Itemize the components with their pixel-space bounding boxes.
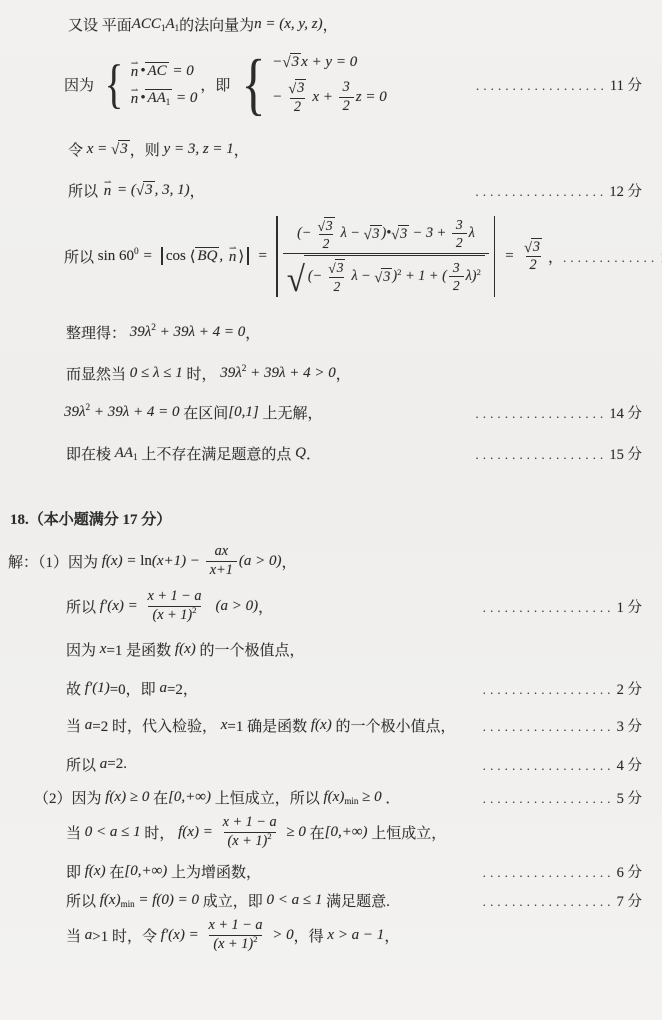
cjk-text: ， <box>384 925 399 946</box>
score-badge: 4 分 <box>617 754 642 775</box>
line-min-value-holds-content: 所以 f(x)min = f(0) = 0 成立，即 0 < a ≤ 1 满足题… <box>66 890 390 911</box>
math-text: 2 <box>456 235 463 250</box>
cjk-text: 所以 <box>66 596 100 617</box>
line-equation-systems-content: 因为 {⇀n•AC = 0⇀n•AA1 = 0，即 {−√3x + y = 0−… <box>64 53 390 117</box>
score-block: ..................7 分 <box>483 890 642 911</box>
score-badge: 2 分 <box>617 678 642 699</box>
math-text: ≥ 0 <box>283 824 306 841</box>
math-text: (− <box>308 268 322 284</box>
radical-sign-icon: √ <box>287 254 305 299</box>
cjk-text: 当 <box>66 925 85 946</box>
subscript: 1 <box>161 23 166 33</box>
line-sin60-equation: 所以 sin 600 = cos ⟨BQ, ⇀n⟩ = (−√32λ − √3)… <box>0 215 662 298</box>
math-text: = ( <box>262 16 285 33</box>
cjk-text: 即 <box>66 861 85 882</box>
dotted-leader: .................. <box>476 407 608 422</box>
abs-bar-icon <box>161 247 163 265</box>
cjk-text: ． <box>382 787 401 808</box>
cjk-text: 令 <box>68 139 87 160</box>
math-text: a <box>159 680 167 697</box>
fraction: axx+1 <box>206 543 237 580</box>
line-equation-systems: 因为 {⇀n•AC = 0⇀n•AA1 = 0，即 {−√3x + y = 0−… <box>0 53 662 117</box>
line-let-x-sqrt3: 令 x = √3，则 y = 3, z = 1， <box>0 139 662 160</box>
score-block: ..................5 分 <box>483 787 642 808</box>
radical: √3 <box>328 259 345 276</box>
exam-solution-page: 又设 平面ACC1A1的法向量为n = (x, y, z)，因为 {⇀n•AC … <box>0 0 662 1020</box>
math-text: = 0 <box>172 90 197 107</box>
math-text: Q <box>295 445 306 462</box>
cjk-text: =2 时，代入检验， <box>92 715 220 736</box>
line-verification: 当 a=2 时，代入检验， x=1 确是函数 f(x) 的一个极小值点，....… <box>0 715 662 736</box>
math-text: 2 <box>294 100 301 116</box>
line-part1-answer: 所以 a=2...................4 分 <box>0 754 662 775</box>
radical-content: 3 <box>118 140 130 158</box>
fraction-denominator: (x + 1)2 <box>148 606 200 625</box>
fraction-denominator: x+1 <box>206 561 237 580</box>
fraction-denominator: 2 <box>339 97 354 116</box>
math-text: = <box>254 248 272 265</box>
fraction: x + 1 − a(x + 1)2 <box>204 917 266 954</box>
math-text: 3 <box>383 269 390 285</box>
math-text: (x+1) − <box>152 553 204 570</box>
fraction-denominator: 2 <box>449 276 464 294</box>
fraction: √32 <box>284 78 310 116</box>
line-conclusion-no-point-q: 即在棱 AA1 上不存在满足题意的点 Q．..................1… <box>0 443 662 464</box>
fraction-numerator: 3 <box>339 79 354 97</box>
superscript: 2 <box>267 832 271 842</box>
radical-content: 3 <box>370 225 381 242</box>
line-extremum-condition: 因为 x=1 是函数 f(x) 的一个极值点， <box>0 639 662 660</box>
fraction-denominator: 2 <box>290 98 305 117</box>
score-badge: 15 分 <box>609 443 642 464</box>
math-text: = <box>139 248 157 265</box>
radical-content: (−√32λ − √3)2 + 1 + (32λ)2 <box>304 255 485 297</box>
cjk-text: ， <box>281 551 296 572</box>
fraction: x + 1 − a(x + 1)2 <box>143 588 205 625</box>
cjk-text: ， <box>245 322 260 343</box>
math-text: 3 <box>326 218 333 234</box>
abs-bar-icon <box>247 247 249 265</box>
math-text: x + y = 0 <box>301 54 357 71</box>
math-text: (x + 1) <box>152 608 192 624</box>
line-verification-content: 当 a=2 时，代入检验， x=1 确是函数 f(x) 的一个极小值点， <box>66 715 455 736</box>
dotted-leader: .................. <box>483 683 615 698</box>
radical: √(−√32λ − √3)2 + 1 + (32λ)2 <box>287 255 485 297</box>
dotted-leader: ............. <box>563 251 658 266</box>
cjk-text: =1 是函数 <box>106 639 174 660</box>
radical-content: 3 <box>335 259 346 276</box>
vector-arrow-icon: ⇀ <box>131 58 139 69</box>
subscript: min <box>121 899 135 909</box>
math-text: + 39λ + 4 = 0 <box>156 324 245 341</box>
cjk-text: =1 确是函数 <box>227 715 310 736</box>
fraction-numerator: x + 1 − a <box>219 814 281 832</box>
line-quadratic-positive: 而显然当 0 ≤ λ ≤ 1 时， 39λ2 + 39λ + 4 > 0， <box>0 363 662 384</box>
line-a-equals-2-content: 故 f′(1)=0，即 a=2， <box>66 678 198 699</box>
cjk-text: =2， <box>167 678 198 699</box>
math-text: λ − <box>341 226 364 242</box>
line-case-a-large-content: 当 a>1 时，令 f′(x) = x + 1 − a(x + 1)2 > 0，… <box>66 917 399 954</box>
score-block: .............13 分 <box>563 246 662 267</box>
dotted-leader: .................. <box>483 895 615 910</box>
cjk-text: 时， <box>183 363 221 384</box>
dotted-leader: .................. <box>483 792 615 807</box>
radical-content: 3 <box>324 217 335 234</box>
math-text: [0,+∞) <box>325 824 368 841</box>
math-text: ≥ 0 <box>358 789 381 806</box>
cjk-text: ，即 <box>200 74 234 95</box>
math-text: [0,1] <box>228 404 258 421</box>
cjk-text: 又设 平面 <box>68 14 132 35</box>
math-text: = f(0) = 0 <box>135 892 199 909</box>
math-text: AC <box>147 63 166 80</box>
abs-bar-icon <box>276 216 278 297</box>
cjk-text: 当 <box>66 822 85 843</box>
dotted-leader: .................. <box>483 866 615 881</box>
math-text: y = 3, z = 1 <box>164 141 234 158</box>
math-text: + 39λ + 4 > 0 <box>246 365 335 382</box>
dotted-leader: .................. <box>483 720 615 735</box>
math-text: + 1 + ( <box>402 268 447 284</box>
math-text: 2 <box>530 258 537 274</box>
radical: √3 <box>374 268 392 285</box>
radical: √3 <box>364 225 382 242</box>
equation-system: {−√3x + y = 0−√32x + 32z = 0 <box>237 53 387 117</box>
radical: √3 <box>136 181 155 199</box>
math-text: f(x) = <box>102 553 140 570</box>
line-derivative: 所以 f′(x) = x + 1 − a(x + 1)2(a > 0)，....… <box>0 588 662 625</box>
line-part1-function-definition: 解：（1）因为 f(x) = ln(x+1) − axx+1(a > 0)， <box>0 543 662 580</box>
score-badge: 7 分 <box>617 890 642 911</box>
fraction-numerator: ax <box>211 543 232 561</box>
cjk-text: ， <box>323 14 338 35</box>
math-text: f(x) <box>100 892 121 909</box>
cjk-text: 18.（本小题满分 17 分） <box>10 508 171 529</box>
subscript: 1 <box>175 23 180 33</box>
problem-18-header: 18.（本小题满分 17 分） <box>0 508 662 529</box>
cjk-text: 在 <box>149 787 168 808</box>
cjk-text: 上为增函数， <box>167 861 261 882</box>
math-text: 2 <box>343 99 350 115</box>
score-block: ..................15 分 <box>476 443 642 464</box>
cjk-text: ，得 <box>294 925 328 946</box>
math-text: (a > 0) <box>239 553 282 570</box>
math-text: f(x) <box>175 641 196 658</box>
cjk-text: 上无解， <box>259 402 323 423</box>
cjk-text: >1 时，令 <box>92 925 160 946</box>
cjk-text: ， <box>548 246 563 267</box>
cjk-text: ． <box>306 443 321 464</box>
line-part2-condition-content: （2）因为 f(x) ≥ 0 在[0,+∞) 上恒成立，所以 f(x)min ≥… <box>34 787 400 808</box>
cjk-text: 满足题意. <box>322 890 390 911</box>
math-text: − 3 + <box>409 226 450 242</box>
line-case-a-small-content: 当 0 < a ≤ 1 时， f(x) = x + 1 − a(x + 1)2 … <box>66 814 446 851</box>
math-text: (a > 0) <box>216 598 259 615</box>
radical: √3 <box>317 217 334 234</box>
score-block: ..................3 分 <box>483 715 642 736</box>
cjk-text: =2. <box>107 756 127 773</box>
line-part2-condition: （2）因为 f(x) ≥ 0 在[0,+∞) 上恒成立，所以 f(x)min ≥… <box>0 787 662 808</box>
radical-content: 3 <box>290 53 302 71</box>
fraction-denominator: (x + 1)2 <box>224 832 276 851</box>
math-text: − <box>272 54 282 71</box>
cjk-text: 所以 <box>64 246 98 267</box>
fraction: x + 1 − a(x + 1)2 <box>219 814 281 851</box>
left-brace-icon: { <box>242 60 266 110</box>
fraction-numerator: x + 1 − a <box>204 917 266 935</box>
fraction-denominator: 2 <box>452 233 467 251</box>
math-text: 3 <box>453 260 460 275</box>
equation-system: {⇀n•AC = 0⇀n•AA1 = 0 <box>101 61 198 108</box>
cjk-text: ， <box>190 180 205 201</box>
cjk-text: 当 <box>66 715 85 736</box>
math-text: 3 <box>456 217 463 232</box>
abs-content: (−√32λ − √3)•√3 − 3 + 32λ√(−√32λ − √3)2 … <box>281 215 491 298</box>
radical-content: 3 <box>531 238 542 255</box>
cjk-text: 上恒成立，所以 <box>211 787 324 808</box>
math-text: f(x) <box>85 863 106 880</box>
vector: ⇀n <box>129 64 141 81</box>
math-text: n <box>254 16 262 33</box>
cjk-text: 解：（1）因为 <box>8 551 102 572</box>
abs-bar-icon <box>494 216 496 297</box>
math-text: = 0 <box>169 63 194 80</box>
math-text: (x + 1) <box>228 834 268 850</box>
cjk-text: ， <box>258 596 273 617</box>
cjk-text: ，则 <box>130 139 164 160</box>
radical: √3 <box>391 225 409 242</box>
superscript: 2 <box>253 935 257 945</box>
vector-overline: AA1 <box>145 89 172 107</box>
fraction-numerator: √3 <box>520 237 546 256</box>
math-text: AA <box>147 90 165 107</box>
score-block: ..................12 分 <box>476 180 642 201</box>
math-text: 39λ <box>130 324 152 341</box>
line-sin60-equation-content: 所以 sin 600 = cos ⟨BQ, ⇀n⟩ = (−√32λ − √3)… <box>64 215 563 298</box>
dotted-leader: .................. <box>476 448 608 463</box>
math-text: 0 < a ≤ 1 <box>267 892 323 909</box>
line-normal-vector-result: 所以 ⇀n = (√3, 3, 1)，..................12 … <box>0 180 662 201</box>
math-text: x + 1 − a <box>208 918 262 934</box>
line-normal-vector-setup-content: 又设 平面ACC1A1的法向量为n = (x, y, z)， <box>68 14 338 35</box>
radical: √3 <box>288 79 306 96</box>
math-text: 3 <box>297 80 304 96</box>
vector-overline: BQ <box>195 247 219 265</box>
cjk-text: 因为 <box>66 639 100 660</box>
system-rows: ⇀n•AC = 0⇀n•AA1 = 0 <box>129 61 198 108</box>
math-text: 3 <box>292 54 300 71</box>
line-extremum-condition-content: 因为 x=1 是函数 f(x) 的一个极值点， <box>66 639 305 660</box>
dotted-leader: .................. <box>483 601 615 616</box>
math-text: + 39λ + 4 = 0 <box>90 404 179 421</box>
cjk-text: 的一个极小值点， <box>332 715 456 736</box>
math-text: AA <box>115 445 133 462</box>
line-increasing-function: 即 f(x) 在[0,+∞) 上为增函数，..................6… <box>0 861 662 882</box>
system-row: −√3x + y = 0 <box>272 53 386 71</box>
math-text: 39λ <box>220 365 242 382</box>
math-text: x + 1 − a <box>147 589 201 605</box>
fraction-numerator: x + 1 − a <box>143 588 205 606</box>
vector-arrow-icon: ⇀ <box>131 85 139 96</box>
fraction-numerator: √3 <box>324 258 349 277</box>
line-part1-answer-content: 所以 a=2. <box>66 754 127 775</box>
system-row: −√32x + 32z = 0 <box>272 78 386 116</box>
cjk-text: 的一个极值点， <box>196 639 305 660</box>
math-roman: cos <box>166 248 190 265</box>
line-case-a-small: 当 0 < a ≤ 1 时， f(x) = x + 1 − a(x + 1)2 … <box>0 814 662 851</box>
fraction-denominator: 2 <box>329 277 344 295</box>
math-text: x + <box>312 89 336 106</box>
cjk-text: 即在棱 <box>66 443 115 464</box>
cjk-text: 在 <box>106 861 125 882</box>
score-badge: 6 分 <box>617 861 642 882</box>
radical: √3 <box>111 140 130 158</box>
abs-content: cos ⟨BQ, ⇀n⟩ <box>166 246 244 266</box>
math-text: f(x) <box>311 717 332 734</box>
cjk-text: =0，即 <box>110 678 160 699</box>
dotted-leader: .................. <box>483 759 615 774</box>
fraction: 32 <box>452 216 467 251</box>
math-text: 0 < a ≤ 1 <box>85 824 141 841</box>
dotted-leader: .................. <box>476 185 608 200</box>
radical-content: 3 <box>381 268 392 285</box>
math-text: x > a − 1 <box>327 927 384 944</box>
math-text: BQ <box>197 248 217 265</box>
math-text: f(x) = <box>178 824 216 841</box>
math-text: (x + 1) <box>213 937 253 953</box>
cjk-text: 所以 <box>66 754 100 775</box>
line-quadratic-positive-content: 而显然当 0 ≤ λ ≤ 1 时， 39λ2 + 39λ + 4 > 0， <box>66 363 351 384</box>
fraction-denominator: √(−√32λ − √3)2 + 1 + (32λ)2 <box>283 253 489 298</box>
math-text: z = 0 <box>356 89 387 106</box>
line-a-equals-2: 故 f′(1)=0，即 a=2，..................2 分 <box>0 678 662 699</box>
math-text: 39λ <box>64 404 86 421</box>
math-roman: sin 60 <box>98 248 134 265</box>
math-text: 2 <box>333 279 340 294</box>
score-block: ..................1 分 <box>483 596 642 617</box>
math-text: 3 <box>343 80 350 96</box>
problem-18-header-content: 18.（本小题满分 17 分） <box>10 508 171 529</box>
fraction-denominator: (x + 1)2 <box>209 935 261 954</box>
line-case-a-large: 当 a>1 时，令 f′(x) = x + 1 − a(x + 1)2 > 0，… <box>0 917 662 954</box>
fraction-numerator: 3 <box>449 259 464 276</box>
math-text: λ) <box>466 268 477 284</box>
line-no-solution-content: 39λ2 + 39λ + 4 = 0 在区间[0,1] 上无解， <box>64 402 323 423</box>
vector: ⇀n <box>129 91 141 108</box>
math-text: f′(x) = <box>161 927 203 944</box>
vector-arrow-icon: ⇀ <box>104 177 112 188</box>
line-simplified-quadratic: 整理得： 39λ2 + 39λ + 4 = 0， <box>0 322 662 343</box>
math-text: (− <box>297 226 311 242</box>
math-text: ax <box>215 544 228 560</box>
math-text: ACC <box>132 16 161 33</box>
radical-content: 3 <box>398 225 409 242</box>
cjk-text: 整理得： <box>66 322 130 343</box>
vector: ⇀n <box>102 183 114 200</box>
fraction-numerator: √3 <box>313 216 338 235</box>
radical: √3 <box>524 238 542 255</box>
fraction: (−√32λ − √3)•√3 − 3 + 32λ√(−√32λ − √3)2 … <box>283 215 489 298</box>
line-conclusion-no-point-q-content: 即在棱 AA1 上不存在满足题意的点 Q． <box>66 443 321 464</box>
score-badge: 14 分 <box>609 402 642 423</box>
math-text: [0,+∞) <box>168 789 211 806</box>
vector: ⇀n <box>227 249 239 266</box>
math-text: [0,+∞) <box>124 863 167 880</box>
system-row: ⇀n•AC = 0 <box>129 61 198 81</box>
subscript: 1 <box>166 97 171 107</box>
superscript: 2 <box>397 267 401 277</box>
math-text: λ − <box>351 268 374 284</box>
cjk-text: 在 <box>306 822 325 843</box>
system-row: ⇀n•AA1 = 0 <box>129 88 198 108</box>
superscript: 2 <box>242 364 247 374</box>
math-text: − <box>272 89 282 106</box>
line-normal-vector-result-content: 所以 ⇀n = (√3, 3, 1)， <box>68 180 205 201</box>
score-badge: 11 分 <box>610 74 642 95</box>
cjk-text: 所以 <box>68 180 102 201</box>
math-text: x + 1 − a <box>223 815 277 831</box>
radical-content: 3 <box>143 181 155 199</box>
radical-content: 3 <box>295 79 306 96</box>
math-text: x = <box>87 141 111 158</box>
cjk-text: 故 <box>66 678 85 699</box>
superscript: 2 <box>151 323 156 333</box>
score-block: ..................11 分 <box>476 74 642 95</box>
score-badge: 12 分 <box>609 180 642 201</box>
score-block: ..................14 分 <box>476 402 642 423</box>
absolute-value: (−√32λ − √3)•√3 − 3 + 32λ√(−√32λ − √3)2 … <box>273 215 498 298</box>
cjk-text: 所以 <box>66 890 100 911</box>
math-text: 0 ≤ λ ≤ 1 <box>130 365 183 382</box>
math-text: 3 <box>400 226 407 242</box>
line-let-x-sqrt3-content: 令 x = √3，则 y = 3, z = 1， <box>68 139 249 160</box>
cjk-text: 成立，即 <box>199 890 267 911</box>
fraction: √32 <box>324 258 349 295</box>
fraction-numerator: 3 <box>452 216 467 233</box>
cjk-text: 因为 <box>64 74 98 95</box>
math-text: , 3, 1) <box>155 182 190 199</box>
line-no-solution: 39λ2 + 39λ + 4 = 0 在区间[0,1] 上无解，........… <box>0 402 662 423</box>
fraction-numerator: (−√32λ − √3)•√3 − 3 + 32λ <box>293 215 479 254</box>
line-min-value-holds: 所以 f(x)min = f(0) = 0 成立，即 0 < a ≤ 1 满足题… <box>0 890 662 911</box>
line-normal-vector-setup: 又设 平面ACC1A1的法向量为n = (x, y, z)， <box>0 14 662 35</box>
math-text: 2 <box>453 278 460 293</box>
math-text: , <box>219 248 227 265</box>
math-text: f(x) ≥ 0 <box>105 789 149 806</box>
cjk-text: （2）因为 <box>34 787 105 808</box>
absolute-value: cos ⟨BQ, ⇀n⟩ <box>158 246 251 266</box>
superscript: 0 <box>134 247 139 257</box>
superscript: 2 <box>477 267 481 277</box>
score-block: ..................6 分 <box>483 861 642 882</box>
math-text: 2 <box>323 236 330 251</box>
cjk-text: 的法向量为 <box>179 14 254 35</box>
math-text: )• <box>382 226 392 242</box>
math-roman: ⟩ <box>238 247 244 266</box>
math-text: 3 <box>372 226 379 242</box>
subscript: min <box>344 796 358 806</box>
fraction: √32 <box>520 237 546 275</box>
vector-overline: AC <box>145 62 168 80</box>
fraction-denominator: 2 <box>319 234 334 252</box>
cjk-text: 而显然当 <box>66 363 130 384</box>
fraction-denominator: 2 <box>526 256 541 275</box>
math-text: 3 <box>337 260 344 276</box>
math-text: 3 <box>533 239 540 255</box>
score-block: ..................4 分 <box>483 754 642 775</box>
fraction: √32 <box>313 216 338 253</box>
math-text: x, y, z <box>284 16 317 33</box>
